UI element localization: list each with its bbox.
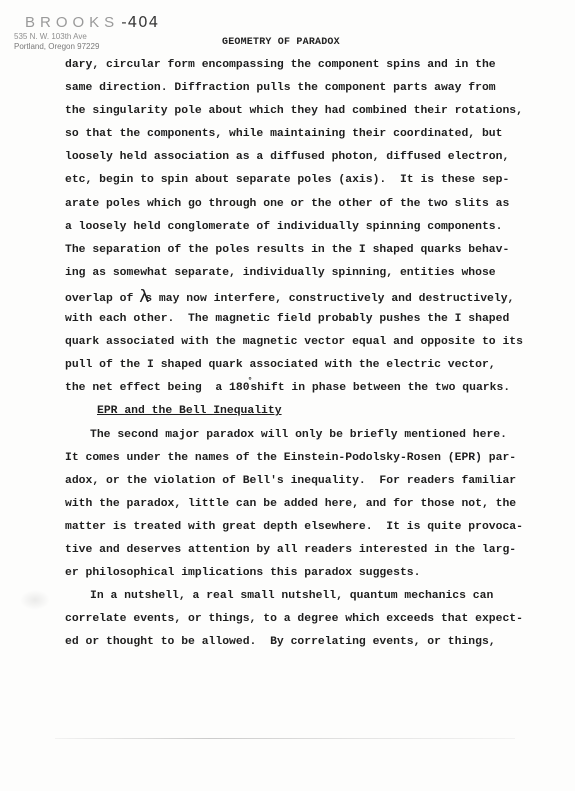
text-line: the singularity pole about which they ha…: [65, 100, 565, 123]
handwritten-page-number: -404: [121, 13, 159, 31]
scan-artifact-line: [55, 738, 515, 739]
text-line: correlate events, or things, to a degree…: [65, 608, 565, 631]
text-line: same direction. Diffraction pulls the co…: [65, 77, 565, 100]
text-line: with the paradox, little can be added he…: [65, 493, 565, 516]
stamp-name: BROOKS-404: [25, 14, 159, 31]
text-line: etc, begin to spin about separate poles …: [65, 169, 565, 192]
stamp-address-city: Portland, Oregon 97229: [14, 42, 99, 51]
text-line: ing as somewhat separate, individually s…: [65, 262, 565, 285]
text-fragment: shift in phase between the two quarks.: [250, 382, 510, 394]
section-subheading: EPR and the Bell Inequality: [65, 400, 565, 423]
text-line: matter is treated with great depth elsew…: [65, 516, 565, 539]
stamp-name-text: BROOKS: [25, 14, 119, 31]
text-line: quark associated with the magnetic vecto…: [65, 331, 565, 354]
paragraph-first-line: In a nutshell, a real small nutshell, qu…: [65, 585, 565, 608]
text-fragment: the net effect being a 180: [65, 382, 250, 394]
text-fragment: s may now interfere, constructively and …: [145, 293, 514, 305]
stamp-address-street: 535 N. W. 103th Ave: [14, 32, 87, 41]
text-line: er philosophical implications this parad…: [65, 562, 565, 585]
text-line: overlap of λs may now interfere, constru…: [65, 285, 565, 308]
text-line: the net effect being a 180°shift in phas…: [65, 377, 565, 400]
text-line: adox, or the violation of Bell's inequal…: [65, 470, 565, 493]
text-line: The separation of the poles results in t…: [65, 239, 565, 262]
text-line: arate poles which go through one or the …: [65, 193, 565, 216]
running-head-title: GEOMETRY OF PARADOX: [222, 37, 340, 48]
text-line: ed or thought to be allowed. By correlat…: [65, 631, 565, 654]
text-fragment: overlap of: [65, 293, 140, 305]
text-line: so that the components, while maintainin…: [65, 123, 565, 146]
handwritten-lambda-symbol: λ: [139, 287, 149, 307]
text-line: a loosely held conglomerate of individua…: [65, 216, 565, 239]
text-line: dary, circular form encompassing the com…: [65, 54, 565, 77]
document-body: dary, circular form encompassing the com…: [65, 54, 565, 654]
paper-smudge: [20, 590, 50, 610]
text-line: pull of the I shaped quark associated wi…: [65, 354, 565, 377]
text-line: with each other. The magnetic field prob…: [65, 308, 565, 331]
paragraph-first-line: The second major paradox will only be br…: [65, 424, 565, 447]
text-line: loosely held association as a diffused p…: [65, 146, 565, 169]
handwritten-degree-symbol: °: [248, 377, 253, 386]
text-line: It comes under the names of the Einstein…: [65, 447, 565, 470]
text-line: tive and deserves attention by all reade…: [65, 539, 565, 562]
